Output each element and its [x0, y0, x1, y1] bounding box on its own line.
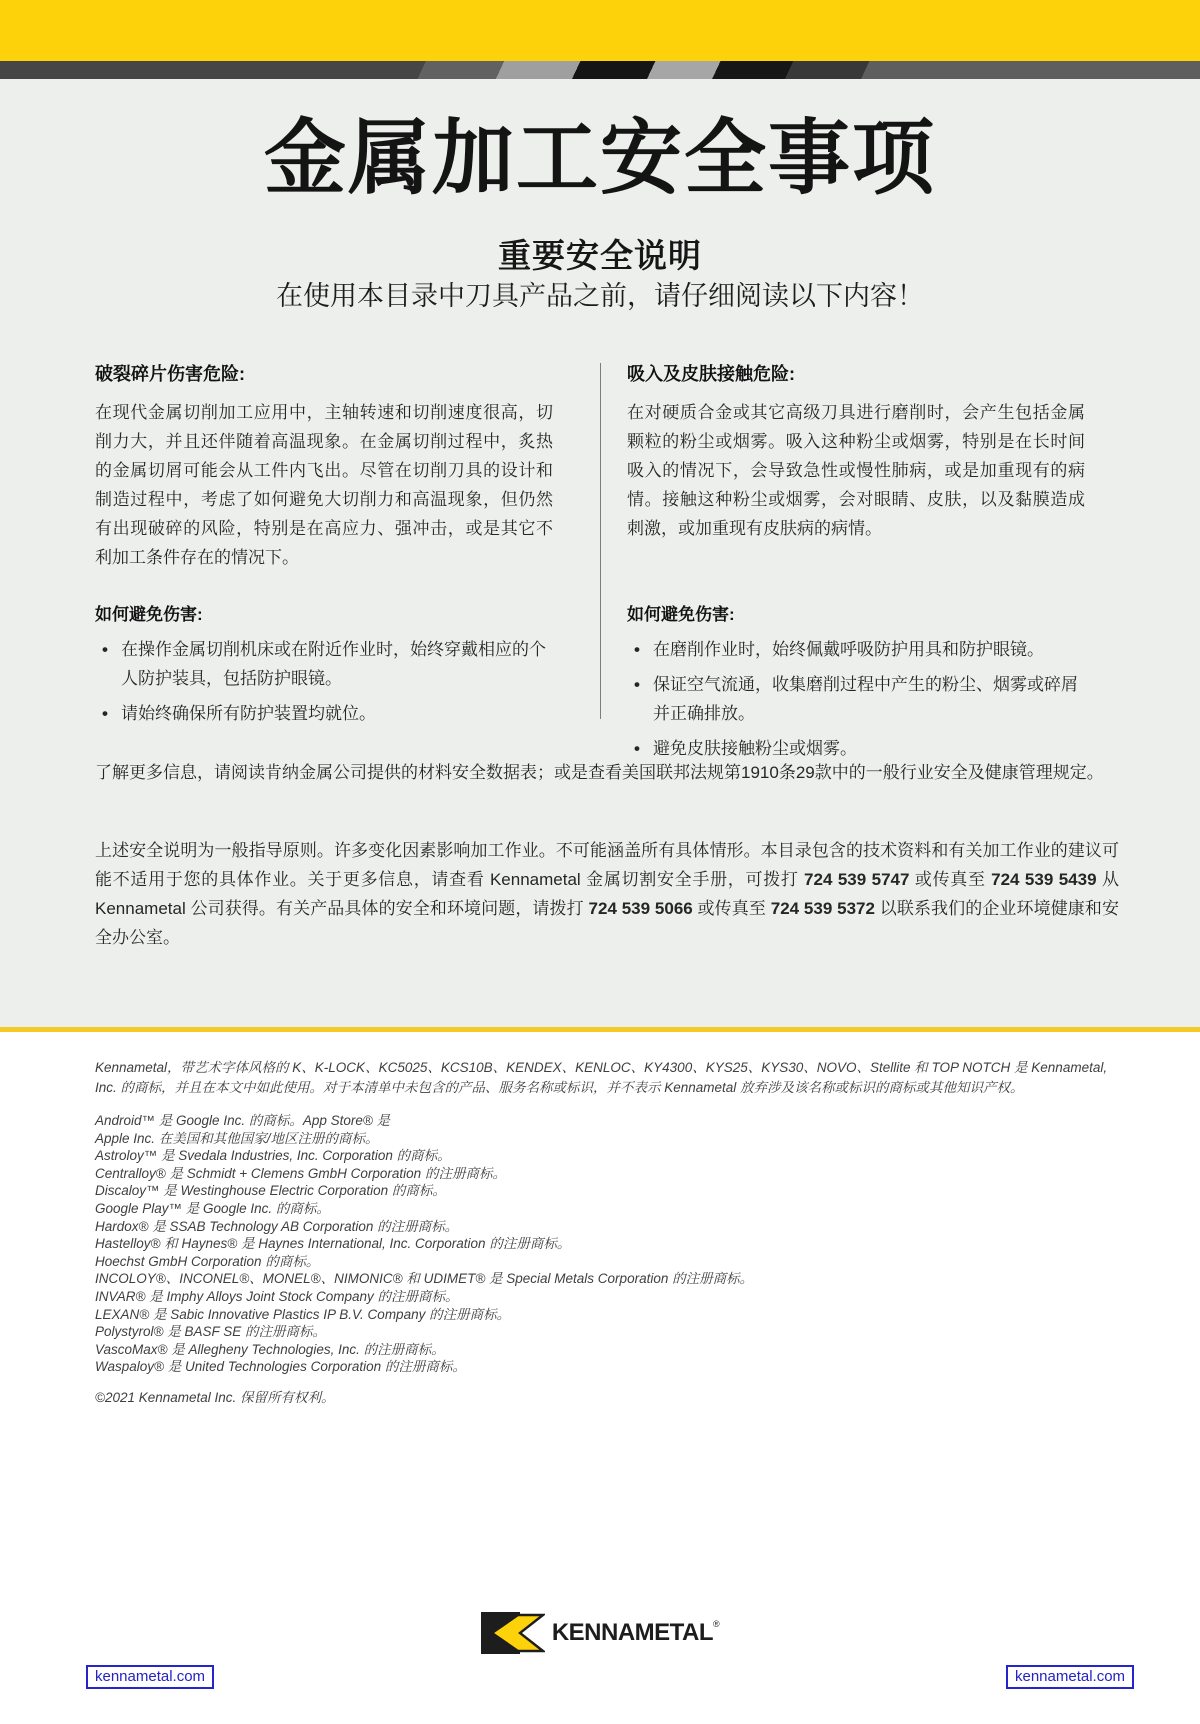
trademark-line: Astroloy™ 是 Svedala Industries, Inc. Cor… [95, 1147, 1127, 1165]
trademark-line: Hastelloy® 和 Haynes® 是 Haynes Internatio… [95, 1235, 1127, 1253]
kennametal-link-left[interactable]: kennametal.com [86, 1665, 214, 1689]
top-yellow-band [0, 0, 1200, 61]
avoid-heading-right: 如何避免伤害: [627, 600, 1085, 629]
avoid-list-left: 在操作金属切削机床或在附近作业时，始终穿戴相应的个人防护装具，包括防护眼镜。 请… [95, 635, 553, 728]
column-divider [600, 363, 601, 719]
trademark-line: Polystyrol® 是 BASF SE 的注册商标。 [95, 1323, 1127, 1341]
trademark-line: Apple Inc. 在美国和其他国家/地区注册的商标。 [95, 1130, 1127, 1148]
trademark-line: INCOLOY®、INCONEL®、MONEL®、NIMONIC® 和 UDIM… [95, 1270, 1127, 1288]
trademark-intro: Kennametal，带艺术字体风格的 K、K-LOCK、KC5025、KCS1… [95, 1058, 1127, 1098]
kennametal-k-icon [481, 1612, 545, 1654]
trademark-line: Discaloy™ 是 Westinghouse Electric Corpor… [95, 1182, 1127, 1200]
list-item: 在磨削作业时，始终佩戴呼吸防护用具和防护眼镜。 [627, 635, 1085, 664]
hazard-body-inhalation: 在对硬质合金或其它高级刀具进行磨削时，会产生包括金属颗粒的粉尘或烟雾。吸入这种粉… [627, 398, 1085, 574]
page-title: 金属加工安全事项 [0, 112, 1200, 206]
trademark-line: Hoechst GmbH Corporation 的商标。 [95, 1253, 1127, 1271]
trademark-line: LEXAN® 是 Sabic Innovative Plastics IP B.… [95, 1306, 1127, 1324]
trademark-line: Centralloy® 是 Schmidt + Clemens GmbH Cor… [95, 1165, 1127, 1183]
hazard-body-fragments: 在现代金属切削加工应用中，主轴转速和切削速度很高，切削力大，并且还伴随着高温现象… [95, 398, 553, 574]
intro-line: 在使用本目录中刀具产品之前，请仔细阅读以下内容！ [0, 274, 1200, 313]
trademark-line: Google Play™ 是 Google Inc. 的商标。 [95, 1200, 1127, 1218]
trademark-line: Hardox® 是 SSAB Technology AB Corporation… [95, 1218, 1127, 1236]
logo-wordmark: KENNAMETAL® [552, 1619, 719, 1647]
list-item: 请始终确保所有防护装置均就位。 [95, 699, 553, 728]
kennametal-logo: KENNAMETAL® [0, 1612, 1200, 1654]
diagonal-stripe-band [0, 61, 1200, 79]
hazard-column-inhalation: 吸入及皮肤接触危险: 在对硬质合金或其它高级刀具进行磨削时，会产生包括金属颗粒的… [627, 360, 1085, 769]
trademark-list: Android™ 是 Google Inc. 的商标。App Store® 是 … [95, 1112, 1127, 1376]
kennametal-link-right[interactable]: kennametal.com [1006, 1665, 1134, 1689]
trademark-line: Waspaloy® 是 United Technologies Corporat… [95, 1358, 1127, 1376]
hazard-heading-inhalation: 吸入及皮肤接触危险: [627, 360, 1085, 389]
copyright-line: ©2021 Kennametal Inc. 保留所有权利。 [95, 1386, 335, 1406]
trademark-line: VascoMax® 是 Allegheny Technologies, Inc.… [95, 1341, 1127, 1359]
catalog-safety-page: 金属加工安全事项 重要安全说明 在使用本目录中刀具产品之前，请仔细阅读以下内容！… [0, 0, 1200, 1724]
trademark-line: Android™ 是 Google Inc. 的商标。App Store® 是 [95, 1112, 1127, 1130]
hazard-heading-fragments: 破裂碎片伤害危险: [95, 360, 553, 389]
trademark-line: INVAR® 是 Imphy Alloys Joint Stock Compan… [95, 1288, 1127, 1306]
page-subtitle: 重要安全说明 [0, 230, 1200, 277]
list-item: 在操作金属切削机床或在附近作业时，始终穿戴相应的个人防护装具，包括防护眼镜。 [95, 635, 553, 693]
list-item: 保证空气流通，收集磨削过程中产生的粉尘、烟雾或碎屑并正确排放。 [627, 670, 1085, 728]
hazard-column-fragments: 破裂碎片伤害危险: 在现代金属切削加工应用中，主轴转速和切削速度很高，切削力大，… [95, 360, 553, 734]
avoid-heading-left: 如何避免伤害: [95, 600, 553, 629]
avoid-list-right: 在磨削作业时，始终佩戴呼吸防护用具和防护眼镜。 保证空气流通，收集磨削过程中产生… [627, 635, 1085, 763]
registered-mark-icon: ® [713, 1619, 719, 1629]
disclaimer-paragraph: 上述安全说明为一般指导原则。许多变化因素影响加工作业。不可能涵盖所有具体情形。本… [95, 836, 1119, 952]
msds-paragraph: 了解更多信息，请阅读肯纳金属公司提供的材料安全数据表；或是查看美国联邦法规第19… [95, 758, 1119, 787]
